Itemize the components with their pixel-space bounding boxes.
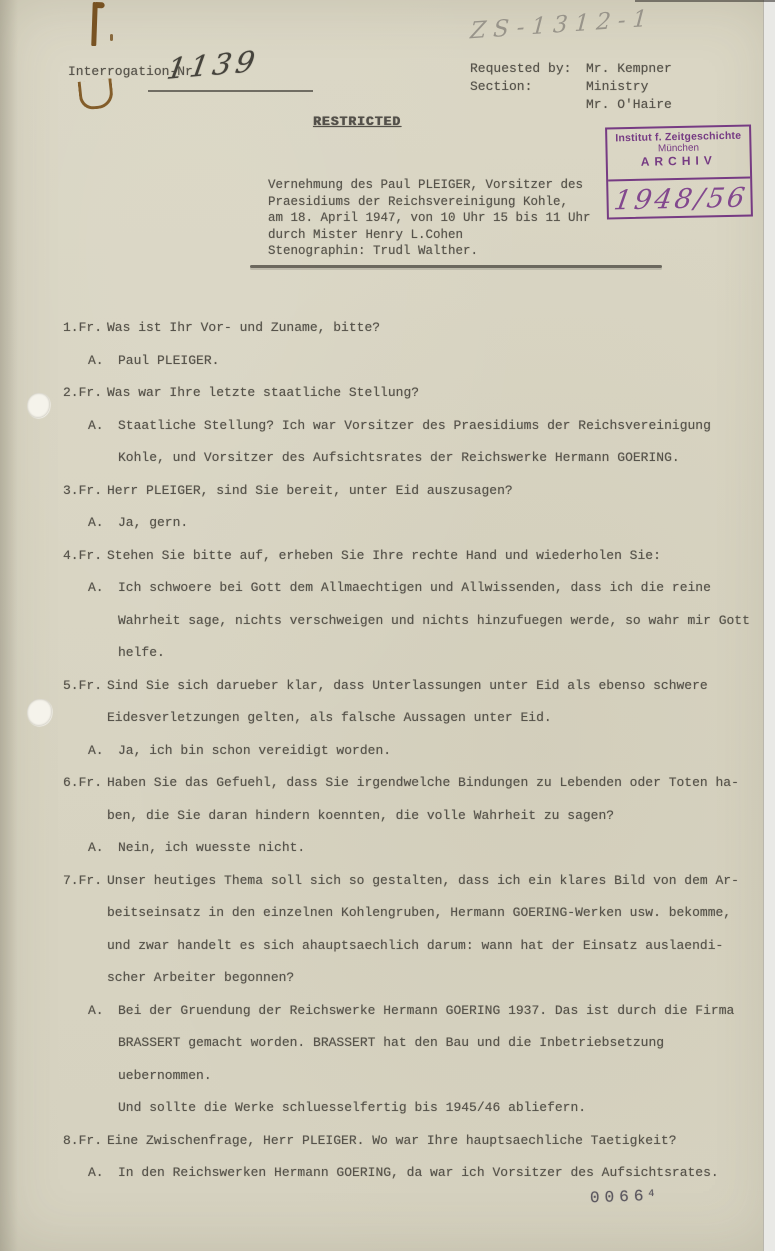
qa-text-line: Ich schwoere bei Gott dem Allmaechtigen … — [118, 572, 763, 605]
qa-text-line: Eidesverletzungen gelten, als falsche Au… — [107, 702, 763, 735]
qa-entry-text: Staatliche Stellung? Ich war Vorsitzer d… — [118, 410, 763, 475]
qa-text-line: und zwar handelt es sich ahauptsaechlich… — [107, 930, 763, 963]
title-line: durch Mister Henry L.Cohen — [268, 227, 591, 244]
qa-entry-text: Paul PLEIGER. — [118, 345, 763, 378]
pencil-annotation: ZS-1312-1 — [469, 2, 710, 45]
qa-entry-label: 3.Fr. — [63, 475, 107, 508]
qa-entry-text: Haben Sie das Gefuehl, dass Sie irgendwe… — [107, 767, 763, 832]
qa-text-line: Wahrheit sage, nichts verschweigen und n… — [118, 605, 763, 638]
punch-hole-bottom — [27, 699, 52, 726]
qa-entry-label: A. — [88, 832, 118, 865]
qa-entry-label: A. — [88, 735, 118, 768]
page-number-stamp: 00664 — [590, 1187, 660, 1207]
qa-entry-label: 6.Fr. — [63, 767, 107, 800]
qa-text-line: Unser heutiges Thema soll sich so gestal… — [107, 865, 763, 898]
qa-entry-text: Bei der Gruendung der Reichswerke Herman… — [118, 995, 763, 1125]
qa-text-line: Eine Zwischenfrage, Herr PLEIGER. Wo war… — [107, 1125, 763, 1158]
archive-stamp-archiv: ARCHIV — [608, 153, 750, 170]
classification-marking: RESTRICTED — [313, 114, 401, 129]
title-line: am 18. April 1947, von 10 Uhr 15 bis 11 … — [268, 210, 591, 227]
archive-stamp-number: 1948/56 — [606, 178, 753, 216]
qa-text-line: Herr PLEIGER, sind Sie bereit, unter Eid… — [107, 475, 763, 508]
document-title-block: Vernehmung des Paul PLEIGER, Vorsitzer d… — [268, 177, 591, 260]
qa-entry-text: Ja, ich bin schon vereidigt worden. — [118, 735, 763, 768]
qa-text-line: Sind Sie sich darueber klar, dass Unterl… — [107, 670, 763, 703]
qa-text-line: Stehen Sie bitte auf, erheben Sie Ihre r… — [107, 540, 763, 573]
answer-entry: A. Ja, ich bin schon vereidigt worden. — [63, 735, 763, 768]
section-label-spacer — [470, 96, 586, 114]
qa-text-line: Paul PLEIGER. — [118, 345, 763, 378]
qa-entry-label: A. — [88, 995, 118, 1028]
qa-text-line: Nein, ich wuesste nicht. — [118, 832, 763, 865]
scan-left-shadow — [0, 0, 20, 1251]
section-label: Section: — [470, 78, 586, 96]
title-line: Praesidiums der Reichsvereinigung Kohle, — [268, 194, 591, 211]
qa-entry-label: A. — [88, 507, 118, 540]
qa-entry-text: Was ist Ihr Vor- und Zuname, bitte? — [107, 312, 763, 345]
section-value-2: Mr. O'Haire — [586, 96, 672, 114]
qa-entry-text: Stehen Sie bitte auf, erheben Sie Ihre r… — [107, 540, 763, 573]
qa-entry-text: In den Reichswerken Hermann GOERING, da … — [118, 1157, 763, 1190]
requested-by-row: Requested by: Mr. Kempner — [470, 60, 672, 78]
qa-text-line: Ja, ich bin schon vereidigt worden. — [118, 735, 763, 768]
qa-text-line: Und sollte die Werke schluesselfertig bi… — [118, 1092, 763, 1125]
qa-entry-label: A. — [88, 1157, 118, 1190]
question-entry: 3.Fr. Herr PLEIGER, sind Sie bereit, unt… — [63, 475, 763, 508]
qa-entry-label: A. — [88, 572, 118, 605]
requested-by-value: Mr. Kempner — [586, 60, 672, 78]
answer-entry: A. Ja, gern. — [63, 507, 763, 540]
question-entry: 4.Fr. Stehen Sie bitte auf, erheben Sie … — [63, 540, 763, 573]
answer-entry: A. Nein, ich wuesste nicht. — [63, 832, 763, 865]
qa-text-line: Haben Sie das Gefuehl, dass Sie irgendwe… — [107, 767, 763, 800]
archive-stamp-header: Institut f. Zeitgeschichte München ARCHI… — [607, 127, 750, 182]
qa-entry-text: Herr PLEIGER, sind Sie bereit, unter Eid… — [107, 475, 763, 508]
scanned-document-page: ZS-1312-1 Interrogation-Nr. 1139 Request… — [0, 0, 775, 1251]
qa-text-line: Ja, gern. — [118, 507, 763, 540]
answer-entry: A. Bei der Gruendung der Reichswerke Her… — [63, 995, 763, 1125]
qa-entry-text: Ja, gern. — [118, 507, 763, 540]
qa-text-line: ben, die Sie daran hindern koennten, die… — [107, 800, 763, 833]
qa-entry-label: A. — [88, 410, 118, 443]
title-line: Vernehmung des Paul PLEIGER, Vorsitzer d… — [268, 177, 591, 194]
qa-entry-label: A. — [88, 345, 118, 378]
section-row: Section: Ministry — [470, 78, 672, 96]
question-entry: 1.Fr. Was ist Ihr Vor- und Zuname, bitte… — [63, 312, 763, 345]
qa-entry-label: 2.Fr. — [63, 377, 107, 410]
brown-pen-curve — [78, 78, 115, 110]
section-row-2: Mr. O'Haire — [470, 96, 672, 114]
title-line: Stenographin: Trudl Walther. — [268, 243, 591, 260]
qa-entry-label: 5.Fr. — [63, 670, 107, 703]
punch-hole-top — [27, 393, 50, 418]
title-divider-line — [250, 265, 662, 268]
question-entry: 5.Fr. Sind Sie sich darueber klar, dass … — [63, 670, 763, 735]
qa-entry-label: 1.Fr. — [63, 312, 107, 345]
brown-pen-dot — [110, 34, 113, 41]
qa-text-line: Kohle, und Vorsitzer des Aufsichtsrates … — [118, 442, 763, 475]
answer-entry: A. In den Reichswerken Hermann GOERING, … — [63, 1157, 763, 1190]
qa-text-line: Staatliche Stellung? Ich war Vorsitzer d… — [118, 410, 763, 443]
brown-pen-mark — [91, 2, 98, 46]
question-entry: 2.Fr. Was war Ihre letzte staatliche Ste… — [63, 377, 763, 410]
qa-text-line: Bei der Gruendung der Reichswerke Herman… — [118, 995, 763, 1028]
qa-text-line: scher Arbeiter begonnen? — [107, 962, 763, 995]
requested-by-label: Requested by: — [470, 60, 586, 78]
qa-entry-text: Sind Sie sich darueber klar, dass Unterl… — [107, 670, 763, 735]
qa-entry-text: Ich schwoere bei Gott dem Allmaechtigen … — [118, 572, 763, 670]
qa-text-line: Was ist Ihr Vor- und Zuname, bitte? — [107, 312, 763, 345]
page-number-stamp-mark: 4 — [648, 1189, 659, 1200]
qa-entry-label: 4.Fr. — [63, 540, 107, 573]
request-header-block: Requested by: Mr. Kempner Section: Minis… — [470, 60, 672, 114]
section-value: Ministry — [586, 78, 648, 96]
qa-text-line: In den Reichswerken Hermann GOERING, da … — [118, 1157, 763, 1190]
qa-text-line: beitseinsatz in den einzelnen Kohlengrub… — [107, 897, 763, 930]
question-entry: 7.Fr. Unser heutiges Thema soll sich so … — [63, 865, 763, 995]
qa-entry-label: 8.Fr. — [63, 1125, 107, 1158]
qa-text-line: helfe. — [118, 637, 763, 670]
qa-entry-text: Eine Zwischenfrage, Herr PLEIGER. Wo war… — [107, 1125, 763, 1158]
qa-text-line: Was war Ihre letzte staatliche Stellung? — [107, 377, 763, 410]
page-number-stamp-digits: 0066 — [590, 1187, 649, 1207]
qa-entry-text: Nein, ich wuesste nicht. — [118, 832, 763, 865]
question-entry: 6.Fr. Haben Sie das Gefuehl, dass Sie ir… — [63, 767, 763, 832]
question-entry: 8.Fr. Eine Zwischenfrage, Herr PLEIGER. … — [63, 1125, 763, 1158]
answer-entry: A. Staatliche Stellung? Ich war Vorsitze… — [63, 410, 763, 475]
answer-entry: A. Paul PLEIGER. — [63, 345, 763, 378]
qa-entry-text: Unser heutiges Thema soll sich so gestal… — [107, 865, 763, 995]
qa-text-line: BRASSERT gemacht worden. BRASSERT hat de… — [118, 1027, 763, 1092]
scan-edge-strip — [763, 0, 775, 1251]
interrogation-transcript: 1.Fr. Was ist Ihr Vor- und Zuname, bitte… — [63, 312, 763, 1190]
qa-entry-label: 7.Fr. — [63, 865, 107, 898]
qa-entry-text: Was war Ihre letzte staatliche Stellung? — [107, 377, 763, 410]
answer-entry: A. Ich schwoere bei Gott dem Allmaechtig… — [63, 572, 763, 670]
archive-stamp: Institut f. Zeitgeschichte München ARCHI… — [605, 124, 753, 219]
